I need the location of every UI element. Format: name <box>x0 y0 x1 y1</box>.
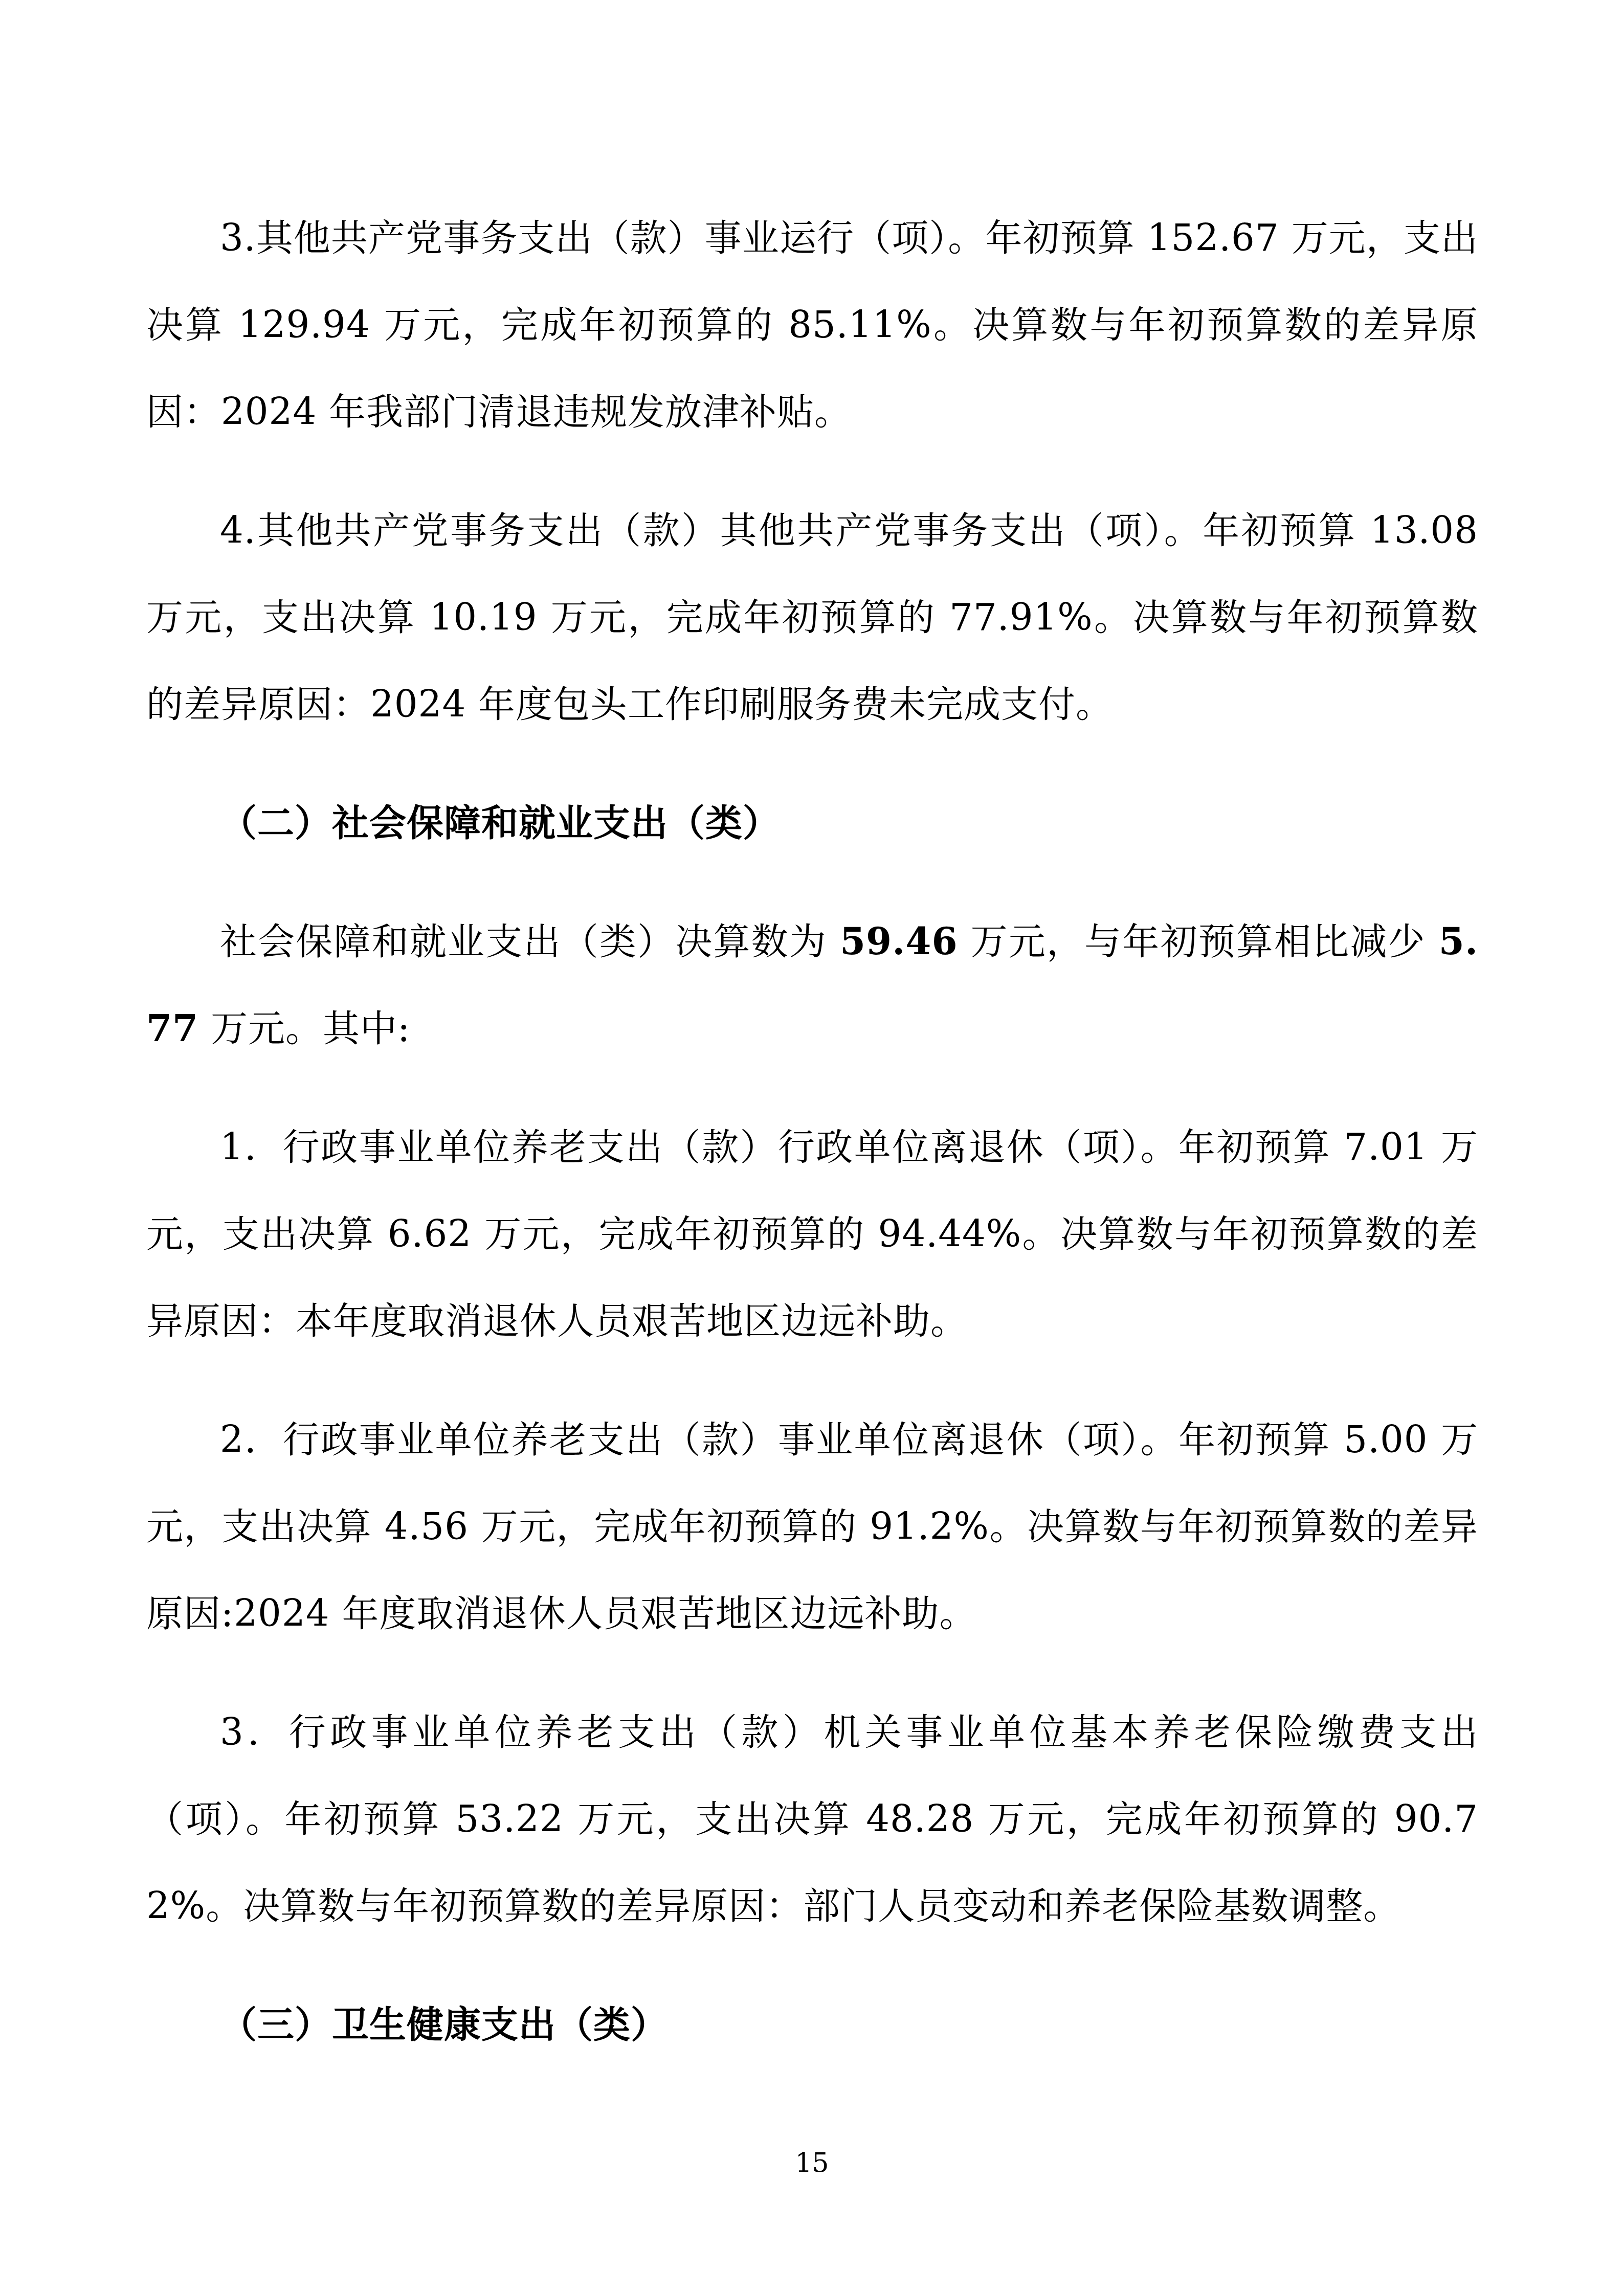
section-heading-social-security: （二）社会保障和就业支出（类） <box>146 779 1478 866</box>
section-heading-health: （三）卫生健康支出（类） <box>146 1981 1478 2068</box>
document-page: 3.其他共产党事务支出（款）事业运行（项）。年初预算 152.67 万元，支出决… <box>0 0 1624 2296</box>
page-content: 3.其他共产党事务支出（款）事业运行（项）。年初预算 152.67 万元，支出决… <box>146 194 1478 2068</box>
paragraph-party-affairs-item3: 3.其他共产党事务支出（款）事业运行（项）。年初预算 152.67 万元，支出决… <box>146 194 1478 455</box>
social-security-final-amount: 59.46 <box>840 919 958 963</box>
social-security-summary-middle: 万元，与年初预算相比减少 <box>958 920 1438 963</box>
social-security-summary-suffix: 万元。其中: <box>198 1007 410 1050</box>
paragraph-social-security-item2: 2．行政事业单位养老支出（款）事业单位离退休（项）。年初预算 5.00 万元，支… <box>146 1396 1478 1657</box>
paragraph-social-security-item1: 1．行政事业单位养老支出（款）行政单位离退休（项）。年初预算 7.01 万元，支… <box>146 1104 1478 1364</box>
paragraph-party-affairs-item4: 4.其他共产党事务支出（款）其他共产党事务支出（项）。年初预算 13.08 万元… <box>146 487 1478 748</box>
paragraph-social-security-item3: 3．行政事业单位养老支出（款）机关事业单位基本养老保险缴费支出（项）。年初预算 … <box>146 1689 1478 1949</box>
social-security-summary-prefix: 社会保障和就业支出（类）决算数为 <box>220 920 840 963</box>
page-number: 15 <box>0 2148 1624 2178</box>
paragraph-social-security-summary: 社会保障和就业支出（类）决算数为 59.46 万元，与年初预算相比减少 5.77… <box>146 898 1478 1072</box>
